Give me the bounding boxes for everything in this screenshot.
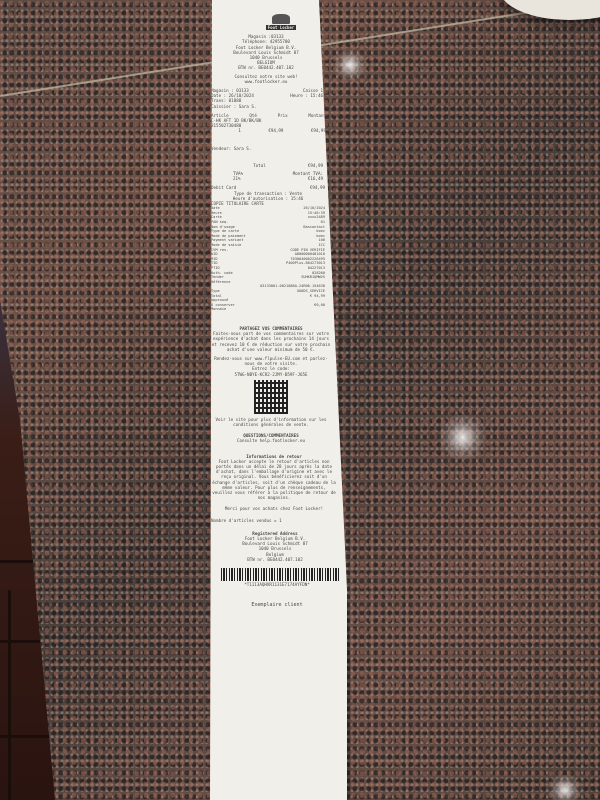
tax-row: TVA%21% Montant TVA:€16,49 xyxy=(211,171,323,181)
returns-section: Informations de retour Foot Locker accep… xyxy=(211,454,337,523)
registered-address: Registered Address Foot Locker Belgium B… xyxy=(211,531,339,562)
light-reflection xyxy=(545,775,585,800)
payment-section: Debit Card€94,99 Type de transaction : V… xyxy=(211,185,325,311)
qr-code[interactable] xyxy=(254,380,288,414)
barcode-text: *T1113AQHXR1131E7174AYFDN* xyxy=(211,582,343,587)
light-reflection xyxy=(435,415,490,460)
transaction-info: Magasin : 03133Caisse 1 Date : 26/10/202… xyxy=(211,88,323,109)
store-info: Magasin :03133 Téléphone: 42955700 Foot … xyxy=(211,34,321,84)
items-table: ArticleQtéPrixMontant C-HK AFT 1D BK/BK/… xyxy=(211,113,326,134)
total-row: Total€94,99 xyxy=(211,163,323,168)
light-reflection xyxy=(330,50,370,80)
survey-code: 5TWG-NBYE-KCR2-2JMY-B59F-J65E xyxy=(211,372,331,377)
brand-logo: Foot Locker xyxy=(266,25,296,30)
tile-grout xyxy=(8,590,11,800)
referee-logo-icon xyxy=(272,14,290,24)
barcode[interactable] xyxy=(221,568,341,581)
item-row: 1€94,99€94,99 xyxy=(211,128,326,133)
receipt-footer: Exemplaire client xyxy=(211,603,343,608)
payment-details: Date26/10/2024 Heure15:46:39 Cartexxxx24… xyxy=(211,206,325,312)
feedback-section: PARTAGEZ VOS COMMENTAIRES Faites-nous pa… xyxy=(211,326,331,444)
